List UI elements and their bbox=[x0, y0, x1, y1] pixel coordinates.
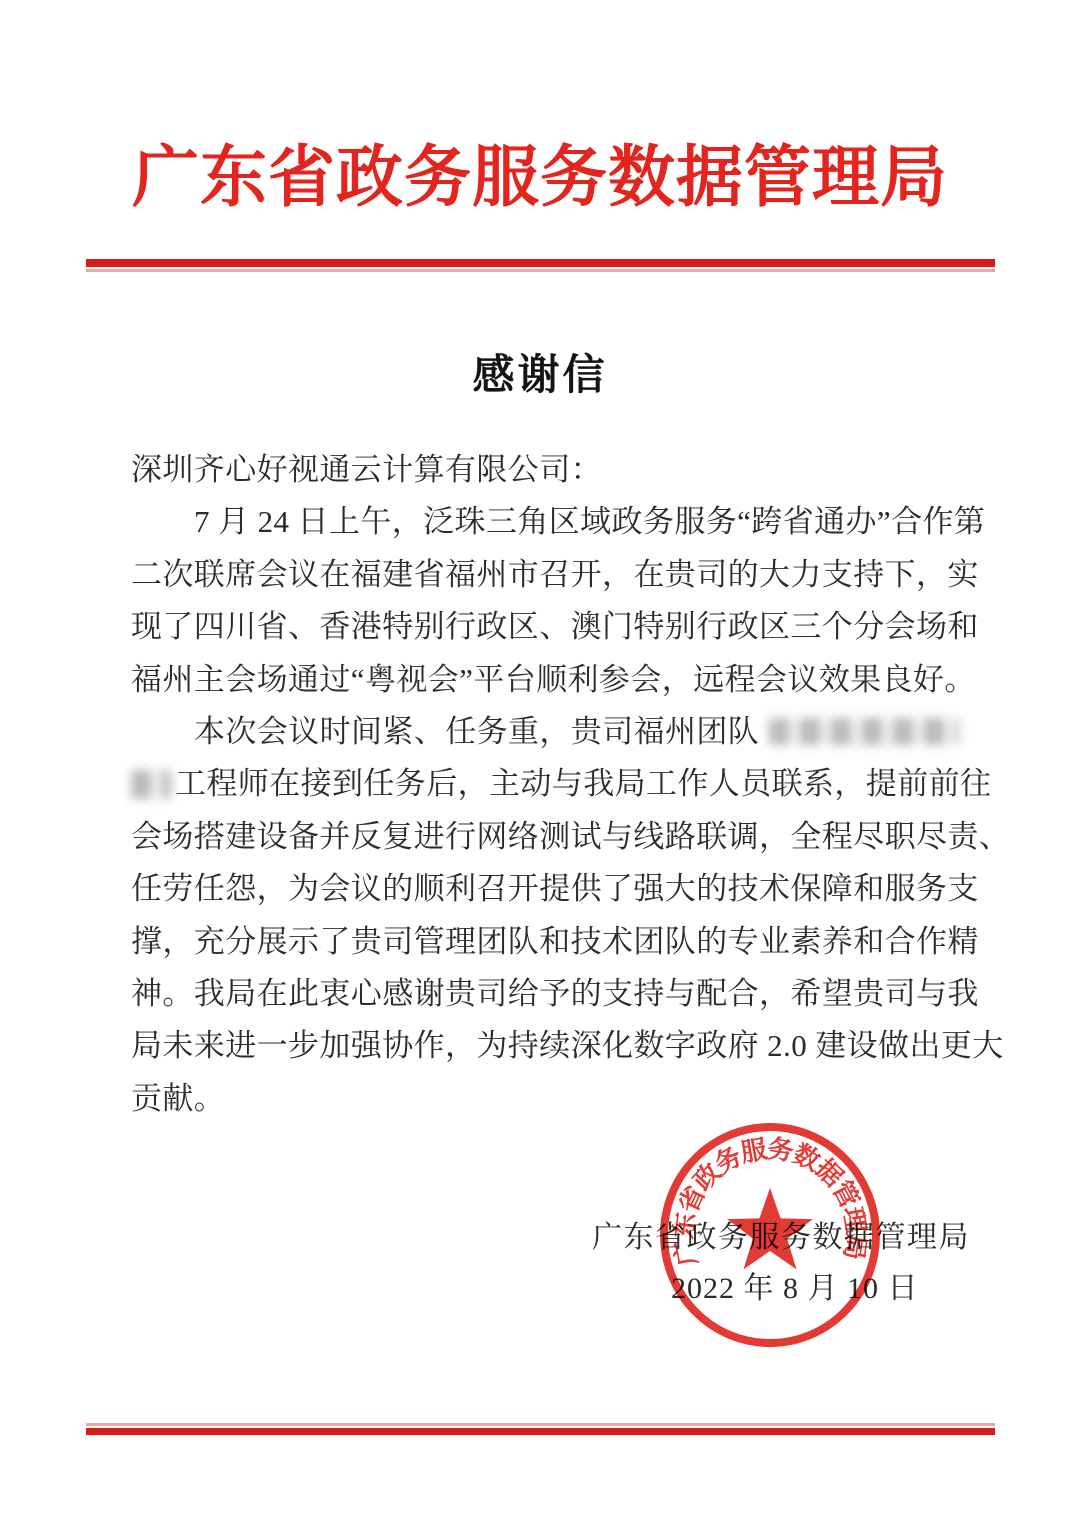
body-line: 工程师在接到任务后，主动与我局工作人员联系，提前前往 bbox=[131, 758, 951, 810]
divider-thin-line bbox=[86, 269, 995, 272]
signature-date: 2022 年 8 月 10 日 bbox=[671, 1263, 919, 1307]
body-line-salutation: 深圳齐心好视通云计算有限公司： bbox=[131, 444, 951, 496]
body-line: 二次联席会议在福建省福州市召开，在贵司的大力支持下，实 bbox=[131, 549, 951, 601]
divider-thick-line bbox=[86, 1428, 995, 1435]
letter-body: 深圳齐心好视通云计算有限公司： 7 月 24 日上午，泛珠三角区域政务服务“跨省… bbox=[131, 444, 951, 1125]
body-line: 任劳任怨，为会议的顺利召开提供了强大的技术保障和服务支 bbox=[131, 863, 951, 915]
body-line: 神。我局在此衷心感谢贵司给予的支持与配合，希望贵司与我 bbox=[131, 968, 951, 1020]
body-line: 本次会议时间紧、任务重，贵司福州团队 bbox=[131, 706, 951, 758]
signature-organization: 广东省政务服务数据管理局 bbox=[592, 1212, 970, 1256]
body-line: 局未来进一步加强协作，为持续深化数字政府 2.0 建设做出更大 bbox=[131, 1020, 951, 1072]
redacted-name-blur bbox=[131, 770, 171, 799]
body-line: 撑，充分展示了贵司管理团队和技术团队的专业素养和合作精 bbox=[131, 916, 951, 968]
footer-divider bbox=[86, 1423, 995, 1435]
document-title: 感谢信 bbox=[0, 342, 1080, 402]
letterhead-title: 广东省政务服务数据管理局 bbox=[0, 124, 1080, 220]
body-line: 会场搭建设备并反复进行网络测试与线路联调，全程尽职尽责、 bbox=[131, 811, 951, 863]
divider-thick-line bbox=[86, 259, 995, 267]
letterhead-divider bbox=[86, 259, 995, 272]
body-line: 7 月 24 日上午，泛珠三角区域政务服务“跨省通办”合作第 bbox=[131, 496, 951, 548]
divider-thin-line bbox=[86, 1423, 995, 1426]
redacted-names-blur bbox=[769, 718, 959, 745]
body-line-closing: 贡献。 bbox=[131, 1073, 951, 1125]
letter-page: 广东省政务服务数据管理局 感谢信 深圳齐心好视通云计算有限公司： 7 月 24 … bbox=[0, 0, 1080, 1521]
body-line: 现了四川省、香港特别行政区、澳门特别行政区三个分会场和 bbox=[131, 601, 951, 653]
body-line: 福州主会场通过“粤视会”平台顺利参会，远程会议效果良好。 bbox=[131, 654, 951, 706]
